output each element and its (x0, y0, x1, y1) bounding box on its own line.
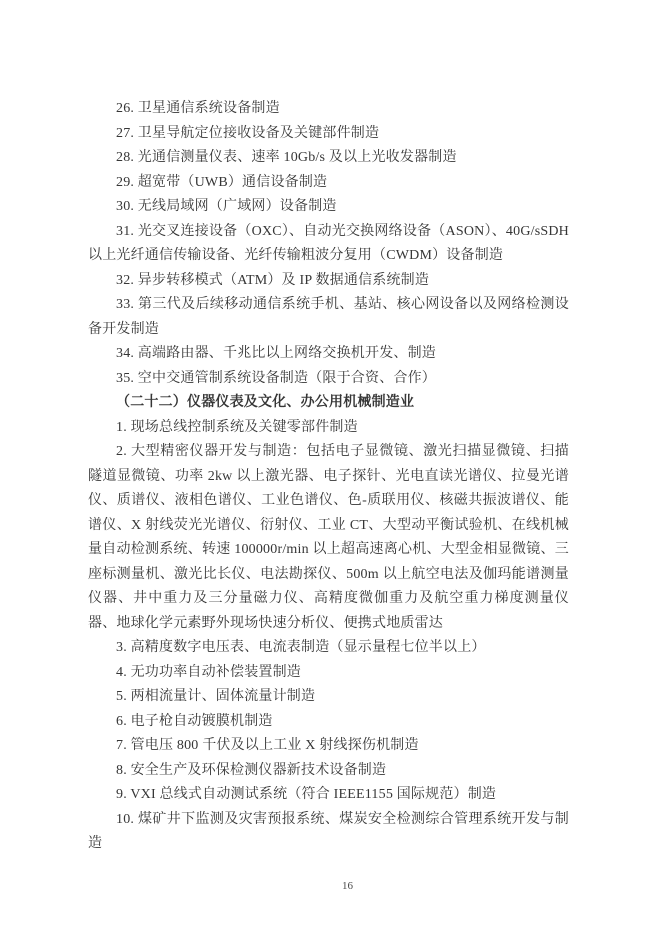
catalog-item: 3. 高精度数字电压表、电流表制造（显示量程七位半以上） (88, 636, 569, 661)
catalog-item: 31. 光交叉连接设备（OXC）、自动光交换网络设备（ASON）、40G/sSD… (88, 220, 569, 269)
catalog-item: 4. 无功功率自动补偿装置制造 (88, 661, 569, 686)
catalog-item: 35. 空中交通管制系统设备制造（限于合资、合作） (88, 367, 569, 392)
catalog-item: 32. 异步转移模式（ATM）及 IP 数据通信系统制造 (88, 269, 569, 294)
catalog-item: 1. 现场总线控制系统及关键零部件制造 (88, 416, 569, 441)
catalog-items-instruments: 1. 现场总线控制系统及关键零部件制造2. 大型精密仪器开发与制造：包括电子显微… (88, 416, 569, 857)
catalog-item: 6. 电子枪自动镀膜机制造 (88, 710, 569, 735)
page-number: 16 (0, 880, 661, 892)
catalog-item: 10. 煤矿井下监测及灾害预报系统、煤炭安全检测综合管理系统开发与制造 (88, 808, 569, 857)
catalog-item: 5. 两相流量计、固体流量计制造 (88, 685, 569, 710)
catalog-item: 26. 卫星通信系统设备制造 (88, 97, 569, 122)
catalog-item: 28. 光通信测量仪表、速率 10Gb/s 及以上光收发器制造 (88, 146, 569, 171)
catalog-item: 29. 超宽带（UWB）通信设备制造 (88, 171, 569, 196)
catalog-item: 34. 高端路由器、千兆比以上网络交换机开发、制造 (88, 342, 569, 367)
section-heading: （二十二）仪器仪表及文化、办公用机械制造业 (88, 391, 569, 416)
catalog-item: 30. 无线局域网（广域网）设备制造 (88, 195, 569, 220)
catalog-item: 27. 卫星导航定位接收设备及关键部件制造 (88, 122, 569, 147)
catalog-items-telecom: 26. 卫星通信系统设备制造27. 卫星导航定位接收设备及关键部件制造28. 光… (88, 97, 569, 391)
document-body: 26. 卫星通信系统设备制造27. 卫星导航定位接收设备及关键部件制造28. 光… (88, 97, 569, 857)
catalog-item: 2. 大型精密仪器开发与制造：包括电子显微镜、激光扫描显微镜、扫描隧道显微镜、功… (88, 440, 569, 636)
catalog-item: 9. VXI 总线式自动测试系统（符合 IEEE1155 国际规范）制造 (88, 783, 569, 808)
catalog-item: 8. 安全生产及环保检测仪器新技术设备制造 (88, 759, 569, 784)
catalog-item: 7. 管电压 800 千伏及以上工业 X 射线探伤机制造 (88, 734, 569, 759)
document-page: 26. 卫星通信系统设备制造27. 卫星导航定位接收设备及关键部件制造28. 光… (0, 0, 661, 936)
catalog-item: 33. 第三代及后续移动通信系统手机、基站、核心网设备以及网络检测设备开发制造 (88, 293, 569, 342)
